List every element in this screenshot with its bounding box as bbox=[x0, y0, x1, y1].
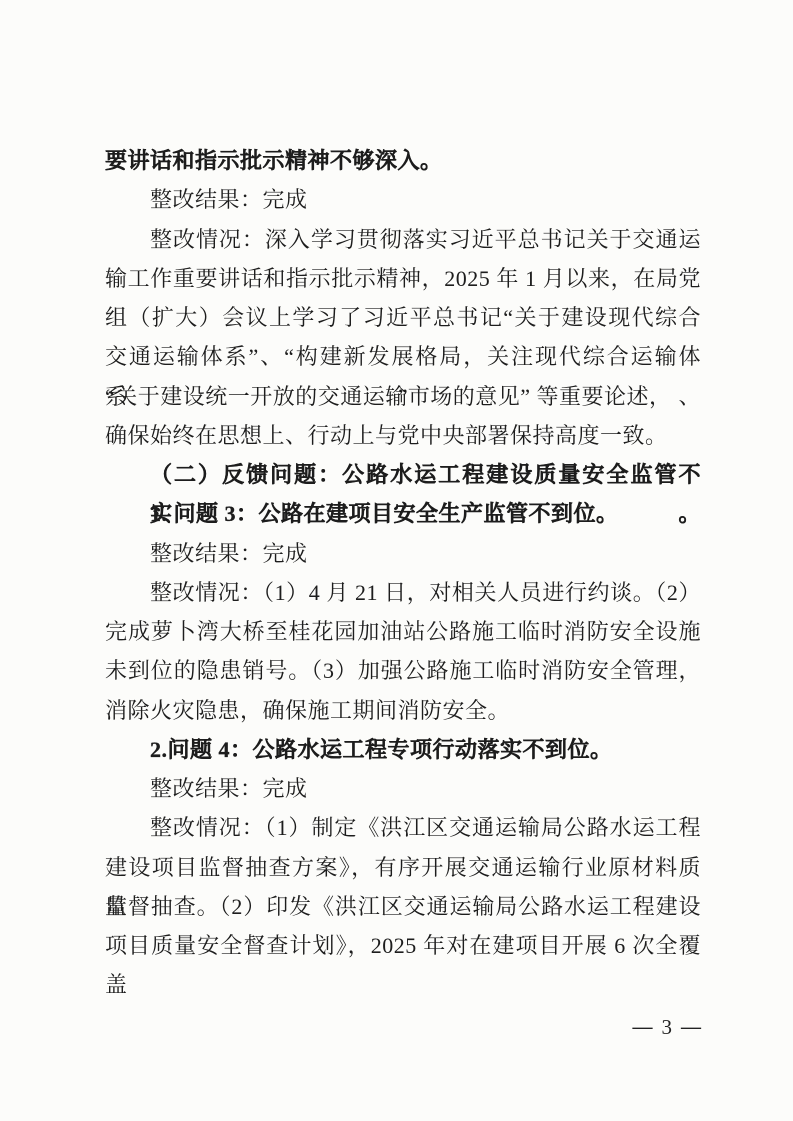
text-line: 建设项目监督抽查方案》，有序开展交通运输行业原材料质量 bbox=[105, 848, 701, 887]
problem-4-heading: 2.问题 4：公路水运工程专项行动落实不到位。 bbox=[105, 730, 701, 769]
rectify-result-line: 整改结果：完成 bbox=[105, 534, 701, 573]
section-heading-feedback-problem: （二）反馈问题：公路水运工程建设质量安全监管不实。 bbox=[105, 455, 701, 494]
text-line: “关于建设统一开放的交通运输市场的意见” 等重要论述， bbox=[105, 377, 701, 416]
page-footer: — 3 — bbox=[633, 1013, 702, 1041]
text-line: 输工作重要讲话和指示批示精神，2025 年 1 月以来，在局党 bbox=[105, 259, 701, 298]
text-line: 组（扩大）会议上学习了习近平总书记“关于建设现代综合 bbox=[105, 298, 701, 337]
problem-3-heading: 1. 问题 3：公路在建项目安全生产监管不到位。 bbox=[105, 494, 701, 533]
text-line: 交通运输体系”、“构建新发展格局，关注现代综合运输体系”、 bbox=[105, 337, 701, 376]
footer-dash-left: — bbox=[633, 1013, 653, 1041]
scanned-document-page: 要讲话和指示批示精神不够深入。 整改结果：完成 整改情况：深入学习贯彻落实习近平… bbox=[0, 0, 793, 1121]
text-line: 未到位的隐患销号。（3）加强公路施工临时消防安全管理， bbox=[105, 651, 701, 690]
rectify-detail-line: 整改情况：（1）制定《洪江区交通运输局公路水运工程 bbox=[105, 808, 701, 847]
page-number: 3 bbox=[662, 1013, 673, 1041]
text-line: 监督抽查。（2）印发《洪江区交通运输局公路水运工程建设 bbox=[105, 887, 701, 926]
rectify-detail-line: 整改情况：（1）4 月 21 日，对相关人员进行约谈。（2） bbox=[105, 573, 701, 612]
text-line: 消除火灾隐患，确保施工期间消防安全。 bbox=[105, 691, 701, 730]
footer-dash-right: — bbox=[681, 1013, 701, 1041]
rectify-detail-line: 整改情况：深入学习贯彻落实习近平总书记关于交通运 bbox=[105, 220, 701, 259]
text-line: 完成萝卜湾大桥至桂花园加油站公路施工临时消防安全设施 bbox=[105, 612, 701, 651]
text-line: 项目质量安全督查计划》，2025 年对在建项目开展 6 次全覆盖 bbox=[105, 926, 701, 965]
rectify-result-line: 整改结果：完成 bbox=[105, 180, 701, 219]
text-line: 确保始终在思想上、行动上与党中央部署保持高度一致。 bbox=[105, 416, 701, 455]
rectify-result-line: 整改结果：完成 bbox=[105, 769, 701, 808]
document-body: 要讲话和指示批示精神不够深入。 整改结果：完成 整改情况：深入学习贯彻落实习近平… bbox=[105, 141, 701, 965]
heading-continuation-line: 要讲话和指示批示精神不够深入。 bbox=[105, 141, 701, 180]
